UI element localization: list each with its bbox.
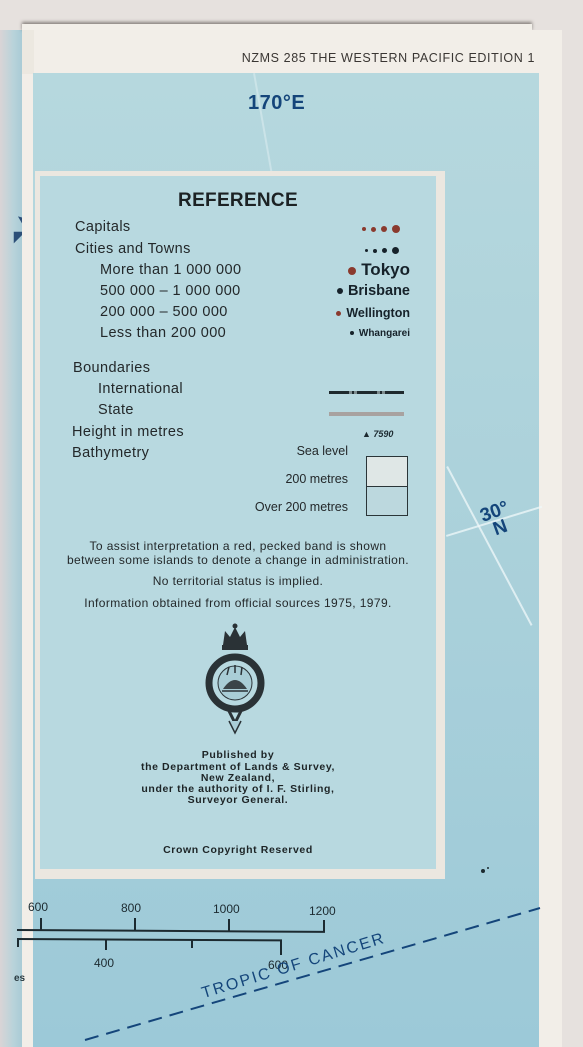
reference-panel: REFERENCE Capitals Cities and Towns More…	[35, 171, 445, 879]
scale-tick	[228, 919, 230, 931]
sheet-edge	[22, 30, 34, 74]
cities-label: Cities and Towns	[75, 241, 191, 257]
scale-upper-tick-label: 600	[28, 900, 48, 914]
city-example-label: Brisbane	[348, 283, 410, 299]
scale-tick	[40, 918, 42, 930]
map-speck	[481, 869, 485, 873]
population-class-2: 500 000 – 1 000 000	[100, 283, 241, 299]
map-edge-fragment: es	[14, 973, 25, 984]
bathymetry-swatch-deep	[367, 487, 407, 515]
population-class-3: 200 000 – 500 000	[100, 304, 228, 320]
boundaries-label: Boundaries	[73, 360, 150, 376]
height-example: ▲ 7590	[362, 429, 393, 439]
map-series-title: NZMS 285 THE WESTERN PACIFIC EDITION 1	[200, 51, 535, 65]
capital-dot-icon	[381, 226, 387, 232]
bathymetry-swatch-shallow	[367, 457, 407, 487]
city-dot-icon	[365, 249, 368, 252]
population-class-1: More than 1 000 000	[100, 262, 241, 278]
city-dot-icon	[373, 249, 377, 253]
height-label: Height in metres	[72, 424, 184, 440]
city-example-whangarei: Whangarei	[350, 328, 410, 339]
city-example-label: Wellington	[346, 306, 410, 320]
map-speck	[487, 867, 489, 869]
city-example-wellington: Wellington	[336, 306, 410, 320]
scale-upper-tick-label: 1000	[213, 902, 240, 916]
publisher-line-1: Published by	[40, 749, 436, 761]
city-example-label: Tokyo	[361, 260, 410, 279]
international-boundary-label: International	[98, 381, 183, 397]
city-dot-icon	[382, 248, 387, 253]
scale-tick	[191, 940, 193, 948]
capital-dot-icon	[371, 227, 376, 232]
scale-tick	[105, 939, 107, 950]
scale-upper-tick-label: 1200	[309, 904, 336, 918]
scale-tick	[134, 918, 136, 930]
bathymetry-over-200m: Over 200 metres	[255, 500, 348, 514]
state-boundary-symbol	[329, 412, 404, 416]
note-line-1: To assist interpretation a red, pecked b…	[40, 539, 436, 553]
city-dot-icon	[348, 267, 356, 275]
note-line-4: Information obtained from official sourc…	[40, 596, 436, 610]
bathymetry-sea-level: Sea level	[297, 444, 348, 458]
copyright-notice: Crown Copyright Reserved	[40, 844, 436, 856]
publisher-line-5: Surveyor General.	[40, 794, 436, 806]
underlying-map-edge	[0, 30, 22, 1047]
city-dot-icon	[350, 331, 354, 335]
reference-panel-inner: REFERENCE Capitals Cities and Towns More…	[40, 176, 436, 869]
capitals-label: Capitals	[75, 219, 131, 235]
bathymetry-label: Bathymetry	[72, 445, 149, 461]
scale-tick	[17, 938, 19, 947]
lands-and-survey-crest-icon	[205, 623, 265, 741]
capital-dot-icon	[362, 227, 366, 231]
note-line-2: between some islands to denote a change …	[40, 553, 436, 567]
scale-lower-tick-label: 400	[94, 956, 114, 970]
reference-title: REFERENCE	[40, 190, 436, 212]
city-example-tokyo: Tokyo	[348, 260, 410, 280]
population-class-4: Less than 200 000	[100, 325, 226, 341]
bathymetry-200m: 200 metres	[285, 472, 348, 486]
cities-symbol	[365, 247, 399, 254]
longitude-label: 170°E	[248, 92, 305, 115]
state-boundary-label: State	[98, 402, 134, 418]
note-line-3: No territorial status is implied.	[40, 574, 436, 588]
scale-tick	[323, 920, 325, 932]
city-dot-icon	[337, 288, 343, 294]
international-boundary-symbol	[329, 391, 404, 394]
scale-upper-tick-label: 800	[121, 901, 141, 915]
scale-tick	[280, 940, 282, 955]
city-example-brisbane: Brisbane	[337, 283, 410, 299]
city-example-label: Whangarei	[359, 328, 410, 339]
capitals-symbol	[362, 225, 400, 233]
capital-dot-icon	[392, 225, 400, 233]
bathymetry-swatch	[366, 456, 408, 516]
city-dot-icon	[392, 247, 399, 254]
city-dot-icon	[336, 311, 341, 316]
